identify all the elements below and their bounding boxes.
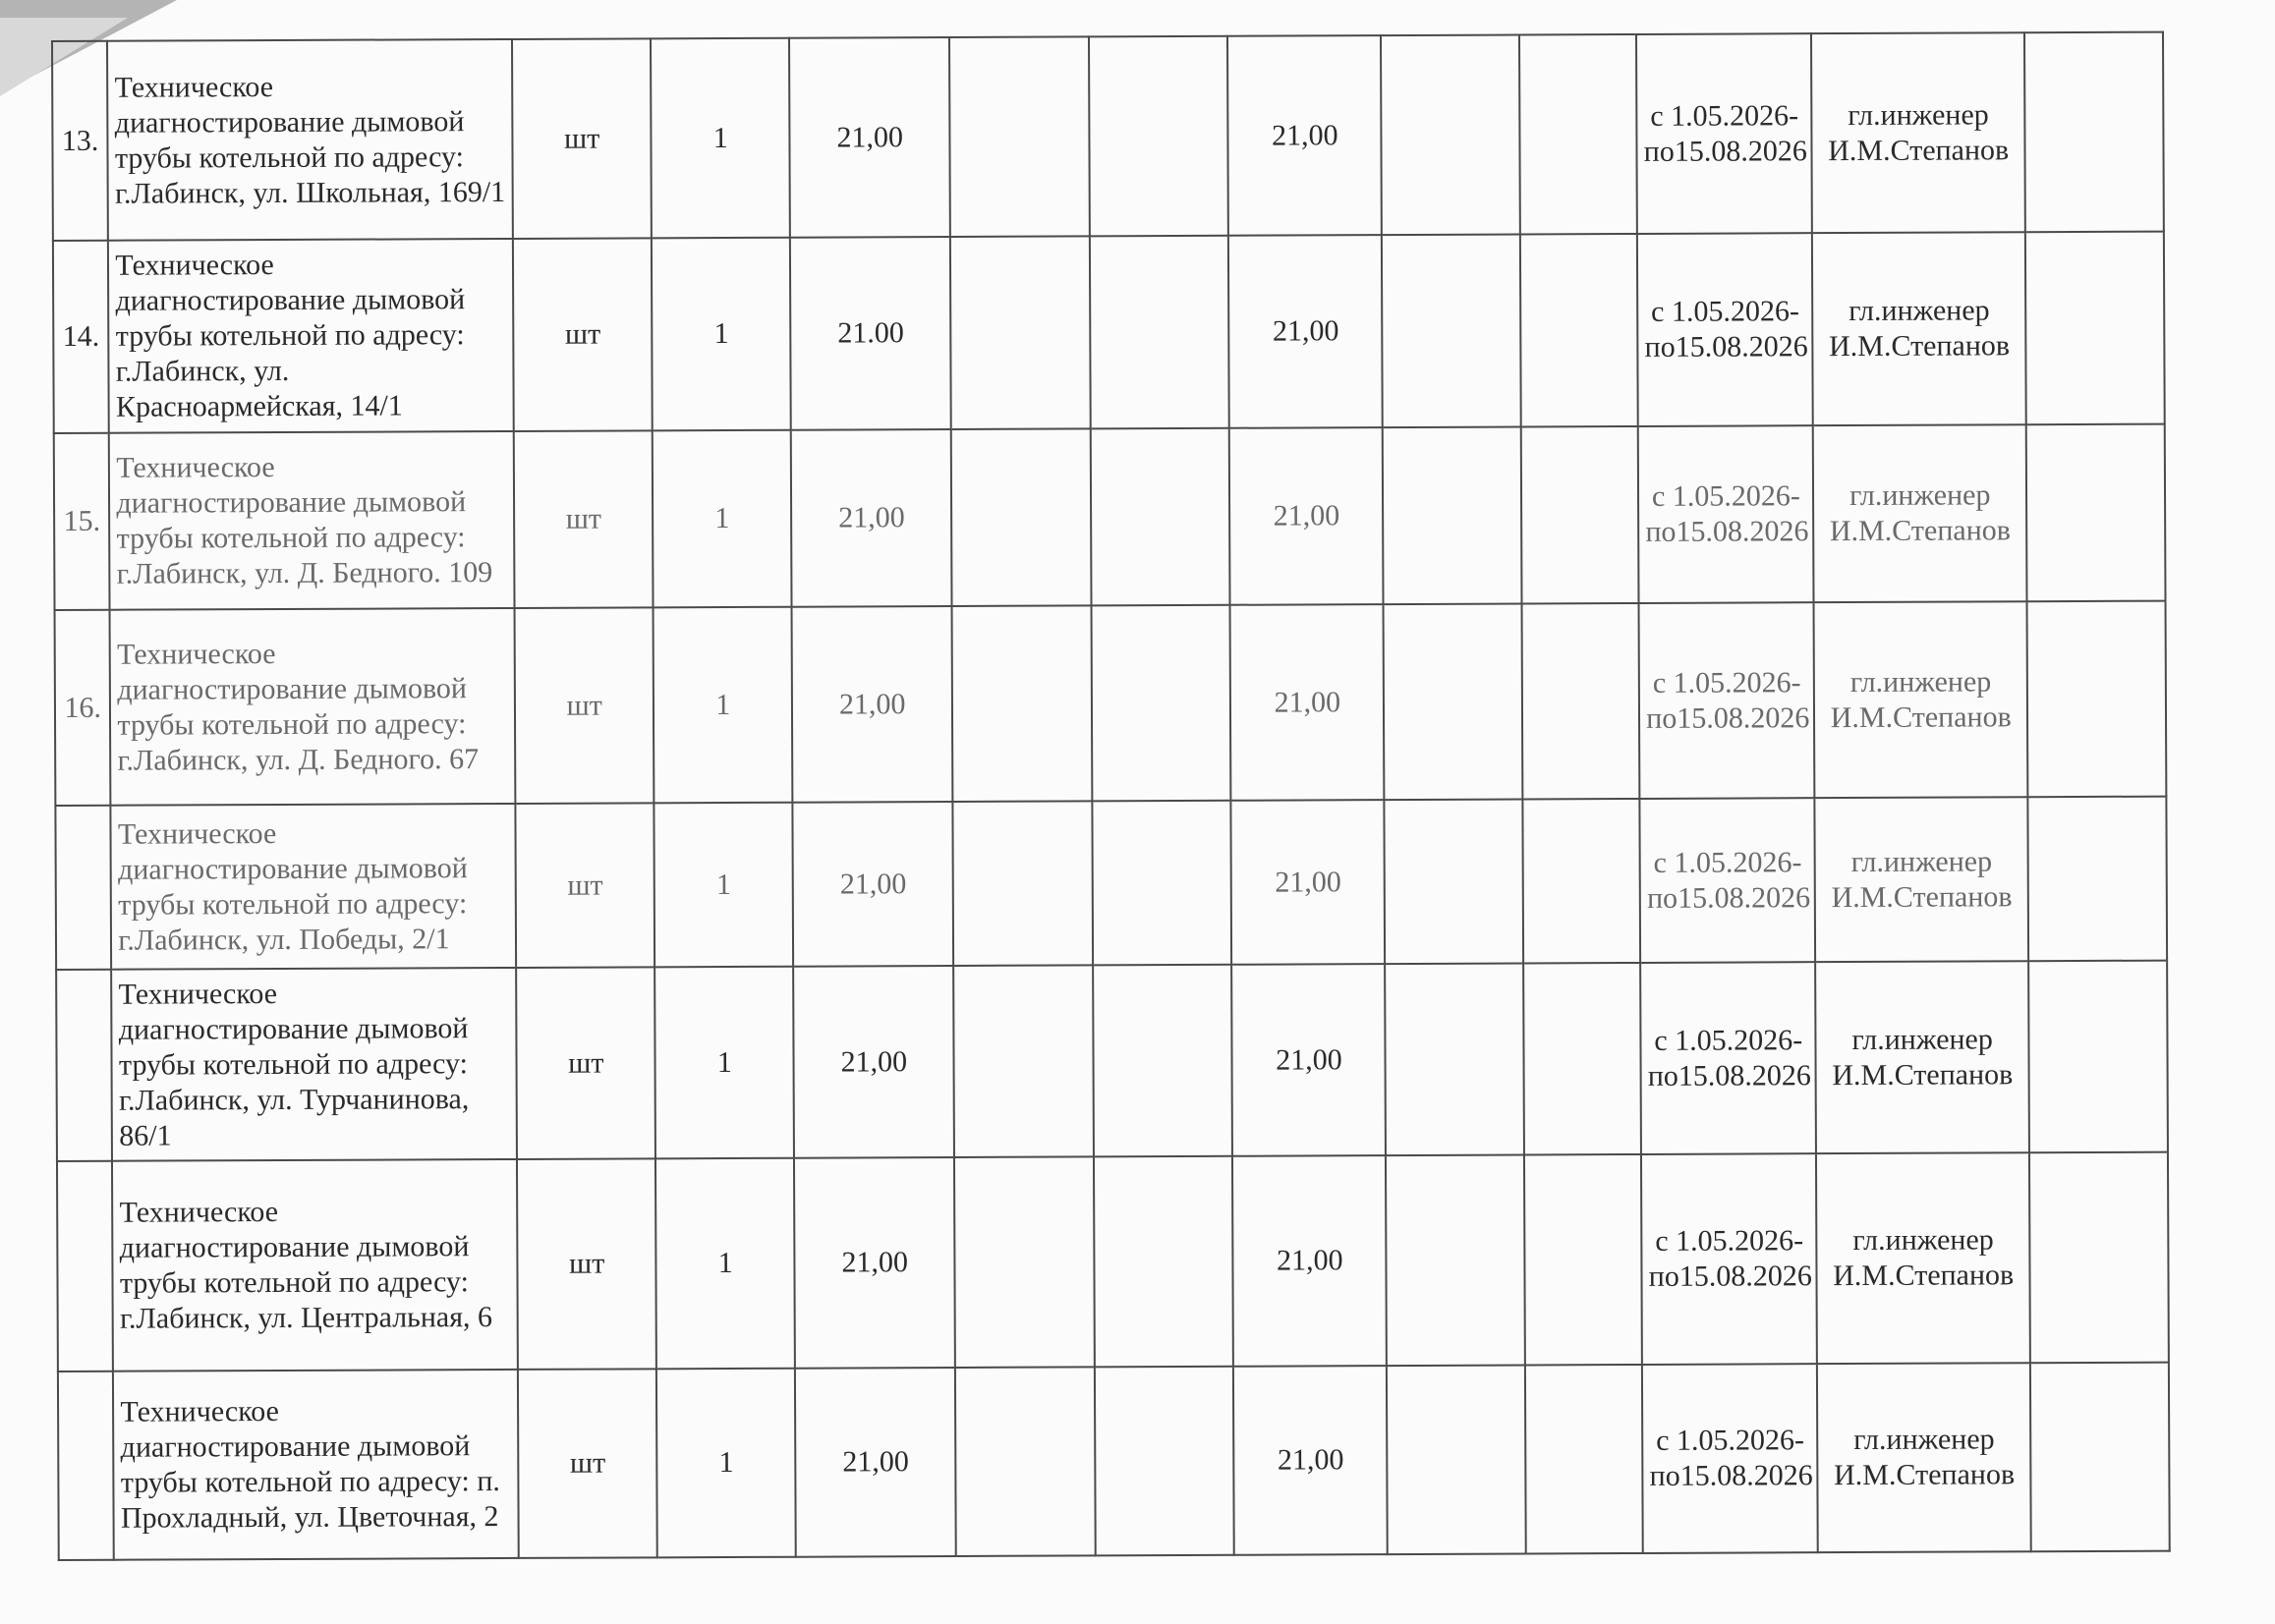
total-cell: 21,00	[1227, 35, 1382, 236]
empty-cell	[2026, 424, 2166, 602]
quantity-cell: 1	[653, 430, 792, 608]
work-description: Техническое диагностирование дымовой тру…	[108, 239, 514, 433]
table-row: Техническое диагностирование дымовой тру…	[55, 797, 2167, 970]
empty-cell	[1094, 1156, 1233, 1368]
unit-cell: шт	[516, 803, 655, 968]
row-number: 15.	[54, 433, 110, 610]
empty-cell	[1093, 801, 1232, 966]
quantity-cell: 1	[655, 1158, 795, 1370]
empty-cell	[2027, 797, 2167, 962]
responsible-cell: гл.инженер И.М.Степанов	[1814, 601, 2027, 798]
table-row: Техническое диагностирование дымовой тру…	[56, 961, 2168, 1161]
responsible-cell: гл.инженер И.М.Степанов	[1812, 232, 2025, 425]
empty-cell	[1382, 234, 1521, 427]
unit-cell: шт	[515, 607, 654, 804]
empty-cell	[2024, 32, 2164, 233]
empty-cell	[1520, 234, 1638, 427]
row-number: 14.	[53, 241, 109, 433]
empty-cell	[1386, 1154, 1525, 1366]
price-cell: 21,00	[792, 606, 953, 803]
empty-cell	[2029, 1152, 2169, 1364]
period-cell: с 1.05.2026-по15.08.2026	[1642, 1364, 1818, 1553]
empty-cell	[949, 36, 1090, 237]
work-description: Техническое диагностирование дымовой тру…	[110, 608, 516, 806]
table-row: 14. Техническое диагностирование дымовой…	[53, 232, 2165, 433]
table-row: Техническое диагностирование дымовой тру…	[57, 1152, 2169, 1372]
empty-cell	[955, 1367, 1096, 1556]
work-description: Техническое диагностирование дымовой тру…	[113, 1370, 519, 1560]
quantity-cell: 1	[654, 803, 794, 968]
total-cell: 21,00	[1229, 427, 1384, 605]
empty-cell	[951, 428, 1092, 606]
total-cell: 21,00	[1228, 235, 1383, 428]
empty-cell	[1095, 1367, 1234, 1556]
period-cell: с 1.05.2026-по15.08.2026	[1640, 798, 1816, 963]
total-cell: 21,00	[1233, 1366, 1388, 1555]
quantity-cell: 1	[656, 1369, 796, 1558]
work-description: Техническое диагностирование дымовой тру…	[112, 1159, 518, 1372]
empty-cell	[2030, 1363, 2170, 1552]
empty-cell	[1519, 34, 1637, 235]
quantity-cell: 1	[651, 38, 790, 239]
row-number	[57, 1161, 113, 1372]
price-cell: 21,00	[795, 1368, 956, 1557]
table-row: 15. Техническое диагностирование дымовой…	[54, 424, 2166, 610]
table-row: Техническое диагностирование дымовой тру…	[58, 1363, 2170, 1560]
empty-cell	[2025, 232, 2165, 425]
empty-cell	[2026, 601, 2166, 798]
quantity-cell: 1	[654, 607, 793, 804]
empty-cell	[1523, 799, 1641, 964]
empty-cell	[1384, 603, 1523, 800]
quantity-cell: 1	[654, 967, 794, 1159]
work-description: Техническое диагностирование дымовой тру…	[107, 39, 513, 241]
empty-cell	[953, 801, 1094, 966]
unit-cell: шт	[516, 967, 655, 1159]
row-number	[55, 806, 111, 970]
unit-cell: шт	[512, 38, 652, 239]
total-cell: 21,00	[1232, 1155, 1387, 1367]
empty-cell	[1524, 1154, 1642, 1366]
empty-cell	[1521, 426, 1639, 604]
empty-cell	[1524, 963, 1642, 1155]
empty-cell	[1091, 428, 1230, 606]
work-description: Техническое диагностирование дымовой тру…	[111, 804, 517, 970]
empty-cell	[1090, 236, 1229, 429]
table-row: 13. Техническое диагностирование дымовой…	[52, 32, 2164, 241]
empty-cell	[952, 605, 1093, 802]
row-number: 16.	[55, 610, 111, 806]
price-cell: 21,00	[789, 37, 950, 238]
row-number	[58, 1372, 114, 1560]
total-cell: 21,00	[1231, 964, 1386, 1156]
empty-cell	[1383, 426, 1522, 604]
period-cell: с 1.05.2026-по15.08.2026	[1637, 233, 1813, 426]
period-cell: с 1.05.2026-по15.08.2026	[1640, 962, 1816, 1154]
work-description: Техническое диагностирование дымовой тру…	[109, 431, 515, 610]
empty-cell	[1093, 965, 1232, 1157]
unit-cell: шт	[517, 1158, 656, 1370]
price-cell: 21,00	[794, 1157, 955, 1369]
price-cell: 21,00	[791, 429, 952, 607]
responsible-cell: гл.инженер И.М.Степанов	[1816, 1152, 2029, 1364]
responsible-cell: гл.инженер И.М.Степанов	[1817, 1363, 2030, 1552]
period-cell: с 1.05.2026-по15.08.2026	[1638, 425, 1814, 603]
unit-cell: шт	[518, 1369, 657, 1558]
empty-cell	[954, 1156, 1095, 1368]
price-cell: 21.00	[790, 237, 951, 430]
empty-cell	[1381, 34, 1520, 235]
total-cell: 21,00	[1230, 604, 1385, 801]
price-cell: 21,00	[793, 966, 954, 1158]
empty-cell	[2028, 961, 2168, 1153]
responsible-cell: гл.инженер И.М.Степанов	[1813, 424, 2026, 602]
price-cell: 21,00	[793, 802, 954, 967]
empty-cell	[1522, 603, 1640, 800]
work-description: Техническое диагностирование дымовой тру…	[112, 968, 518, 1161]
responsible-cell: гл.инженер И.М.Степанов	[1815, 797, 2028, 962]
empty-cell	[1386, 963, 1525, 1155]
work-plan-table: 13. Техническое диагностирование дымовой…	[51, 31, 2171, 1561]
total-cell: 21,00	[1231, 800, 1386, 965]
period-cell: с 1.05.2026-по15.08.2026	[1639, 602, 1815, 799]
empty-cell	[1089, 36, 1228, 237]
row-number: 13.	[52, 41, 108, 241]
table-row: 16. Техническое диагностирование дымовой…	[55, 601, 2167, 806]
responsible-cell: гл.инженер И.М.Степанов	[1811, 32, 2024, 233]
empty-cell	[1525, 1365, 1643, 1554]
unit-cell: шт	[513, 238, 653, 431]
quantity-cell: 1	[652, 238, 791, 431]
responsible-cell: гл.инженер И.М.Степанов	[1816, 961, 2029, 1153]
empty-cell	[950, 236, 1091, 429]
period-cell: с 1.05.2026-по15.08.2026	[1641, 1153, 1817, 1365]
empty-cell	[1387, 1365, 1526, 1554]
period-cell: с 1.05.2026-по15.08.2026	[1636, 33, 1812, 234]
empty-cell	[1092, 605, 1231, 802]
empty-cell	[953, 965, 1094, 1157]
empty-cell	[1385, 799, 1524, 964]
row-number	[56, 970, 112, 1161]
unit-cell: шт	[514, 430, 654, 608]
